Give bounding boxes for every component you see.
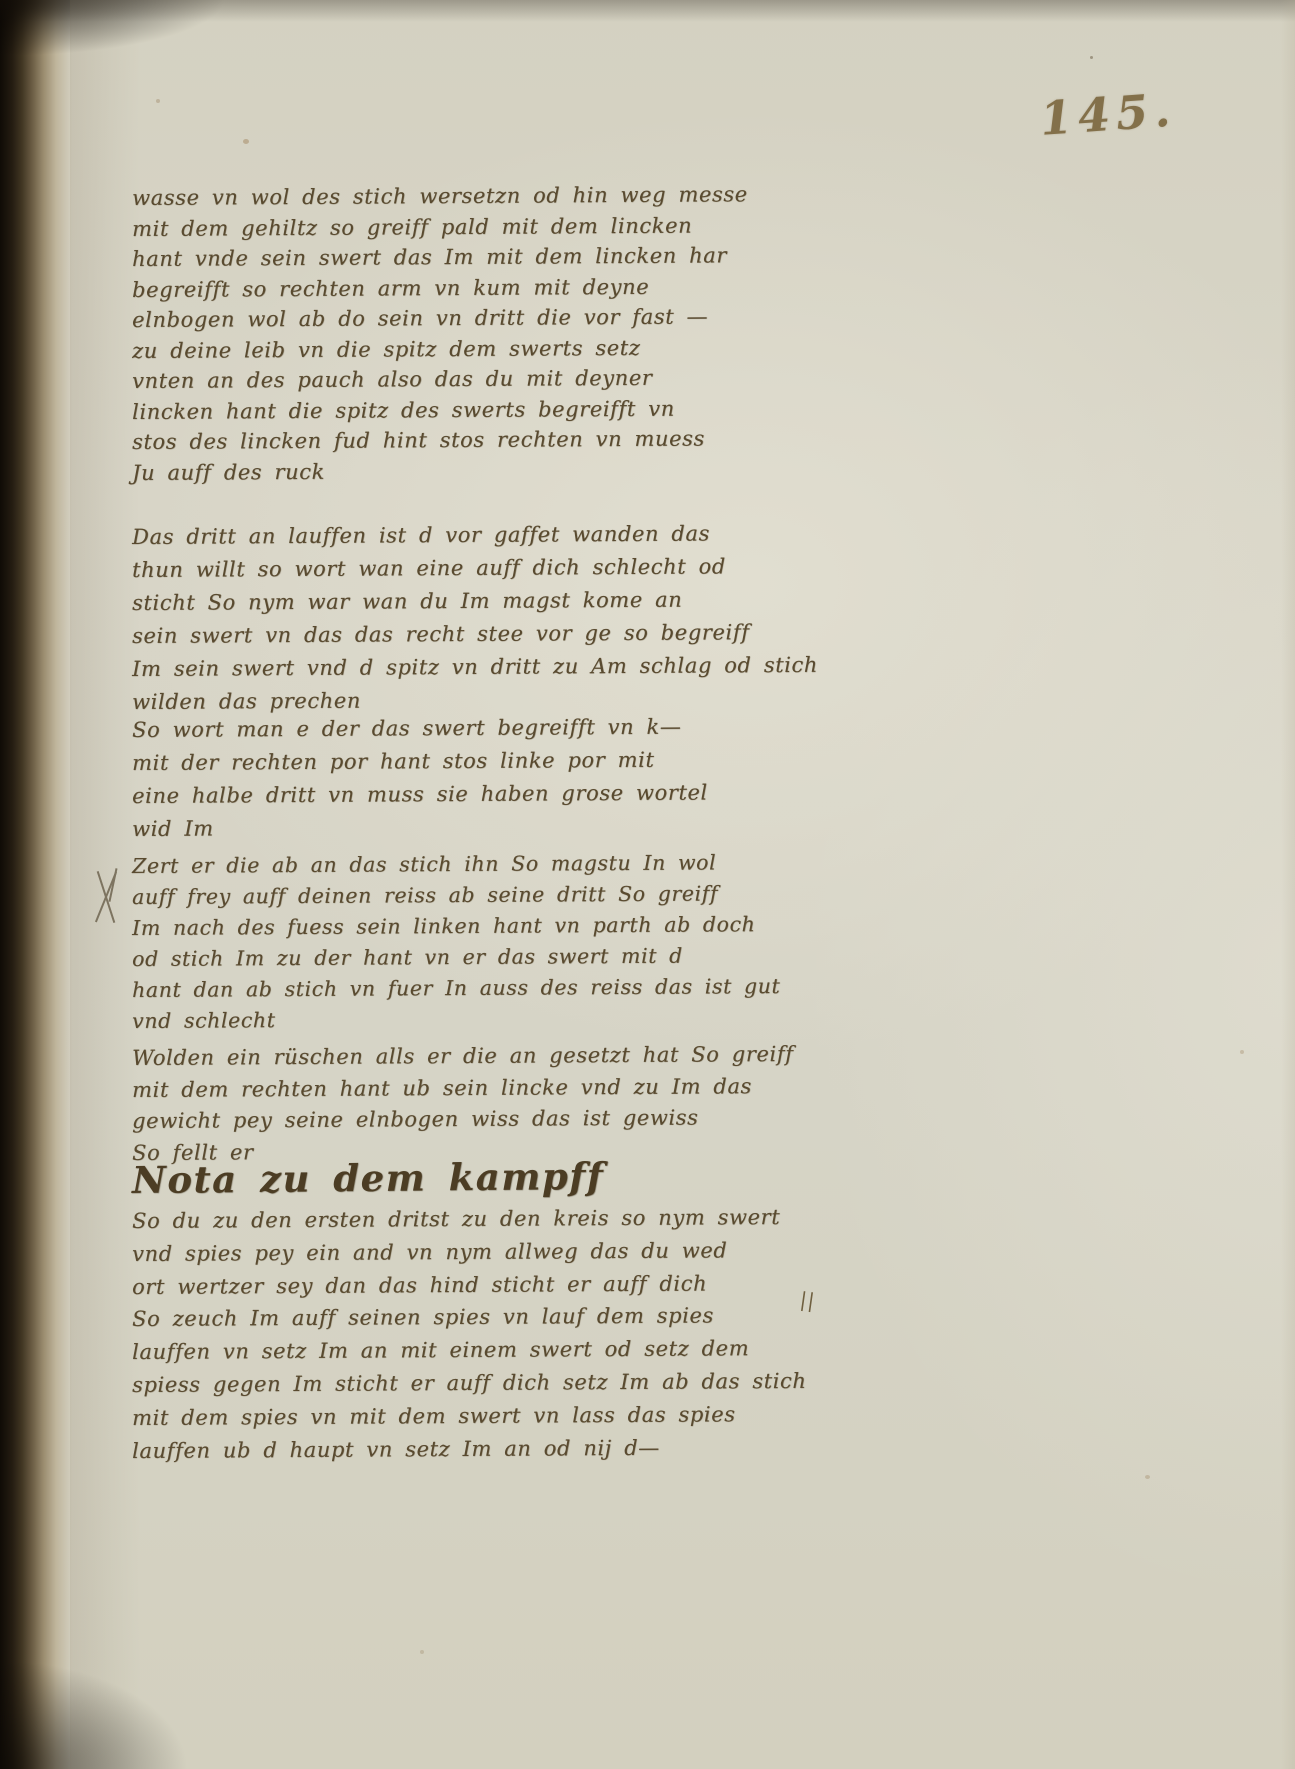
paper-speck <box>1240 1050 1244 1054</box>
paper-speck <box>243 139 249 144</box>
manuscript-line: mit dem gehiltz so greiff pald mit dem l… <box>132 210 748 244</box>
manuscript-line: thun willt so wort wan eine auff dich sc… <box>132 550 818 587</box>
manuscript-line: ort wertzer sey dan das hind sticht er a… <box>132 1266 807 1303</box>
margin-cross-mark <box>86 868 128 926</box>
manuscript-line: sein swert vn das das recht stee vor ge … <box>132 616 818 653</box>
manuscript-line: elnbogen wol ab do sein vn dritt die vor… <box>132 301 748 335</box>
manuscript-line: lauffen vn setz Im an mit einem swert od… <box>132 1332 807 1369</box>
paper-speck <box>1145 1475 1150 1479</box>
paper-speck <box>156 99 160 103</box>
manuscript-line: So zeuch Im auff seinen spies vn lauf de… <box>132 1299 807 1336</box>
manuscript-line: lincken hant die spitz des swerts begrei… <box>132 393 748 427</box>
manuscript-line: wasse vn wol des stich wersetzn od hin w… <box>132 179 748 213</box>
manuscript-line: Zert er die ab an das stich ihn So magst… <box>132 847 780 882</box>
manuscript-line: od stich Im zu der hant vn er das swert … <box>132 940 780 975</box>
binding-corner-bottom <box>0 1609 300 1769</box>
folio-number: 145. <box>1038 80 1211 146</box>
manuscript-line: Im sein swert vnd d spitz vn dritt zu Am… <box>132 649 818 686</box>
text-block-1: wasse vn wol des stich wersetzn od hin w… <box>132 183 748 488</box>
manuscript-line: spiess gegen Im sticht er auff dich setz… <box>132 1365 807 1402</box>
manuscript-line: mit dem rechten hant ub sein lincke vnd … <box>132 1070 794 1106</box>
text-block-3: So wort man e der das swert begreifft vn… <box>132 714 708 846</box>
text-block-4: Zert er die ab an das stich ihn So magst… <box>132 851 780 1037</box>
manuscript-line: zu deine leib vn die spitz dem swerts se… <box>132 332 748 366</box>
manuscript-line: vnd schlecht <box>132 1002 780 1037</box>
manuscript-line: stos des lincken fud hint stos rechten v… <box>132 423 748 457</box>
section-heading: Nota zu dem kampff <box>132 1154 605 1202</box>
manuscript-line: sticht So nym war wan du Im magst kome a… <box>132 583 818 620</box>
manuscript-line: vnd spies pey ein and vn nym allweg das … <box>132 1234 807 1271</box>
manuscript-page: 145. || wasse vn wol des stich wersetzn … <box>0 0 1295 1769</box>
manuscript-line: Ju auff des ruck <box>132 454 748 488</box>
manuscript-line: hant vnde sein swert das Im mit dem linc… <box>132 240 748 274</box>
manuscript-line: So wort man e der das swert begreifft vn… <box>132 710 708 747</box>
manuscript-line: eine halbe dritt vn muss sie haben grose… <box>132 776 708 813</box>
manuscript-line: Das dritt an lauffen ist d vor gaffet wa… <box>132 517 818 554</box>
manuscript-line: lauffen ub d haupt vn setz Im an od nij … <box>132 1430 807 1467</box>
text-block-2: Das dritt an lauffen ist d vor gaffet wa… <box>132 521 818 719</box>
page-top-edge <box>0 0 1295 22</box>
manuscript-line: begreifft so rechten arm vn kum mit deyn… <box>132 271 748 305</box>
paper-speck <box>420 1650 424 1654</box>
manuscript-line: wid Im <box>132 809 708 846</box>
text-block-5: Wolden ein rüschen alls er die an gesetz… <box>132 1043 793 1169</box>
manuscript-line: mit dem spies vn mit dem swert vn lass d… <box>132 1398 807 1435</box>
text-block-6: So du zu den ersten dritst zu den kreis … <box>132 1205 806 1467</box>
manuscript-line: gewicht pey seine elnbogen wiss das ist … <box>132 1102 794 1138</box>
manuscript-line: Im nach des fuess sein linken hant vn pa… <box>132 909 780 944</box>
manuscript-line: auff frey auff deinen reiss ab seine dri… <box>132 878 780 913</box>
manuscript-line: mit der rechten por hant stos linke por … <box>132 743 708 780</box>
page-right-edge <box>1281 0 1295 1769</box>
manuscript-line: Wolden ein rüschen alls er die an gesetz… <box>132 1039 794 1075</box>
manuscript-line: hant dan ab stich vn fuer In auss des re… <box>132 971 780 1006</box>
manuscript-line: So du zu den ersten dritst zu den kreis … <box>132 1201 807 1238</box>
paper-speck <box>1090 56 1093 59</box>
manuscript-line: vnten an des pauch also das du mit deyne… <box>132 362 748 396</box>
